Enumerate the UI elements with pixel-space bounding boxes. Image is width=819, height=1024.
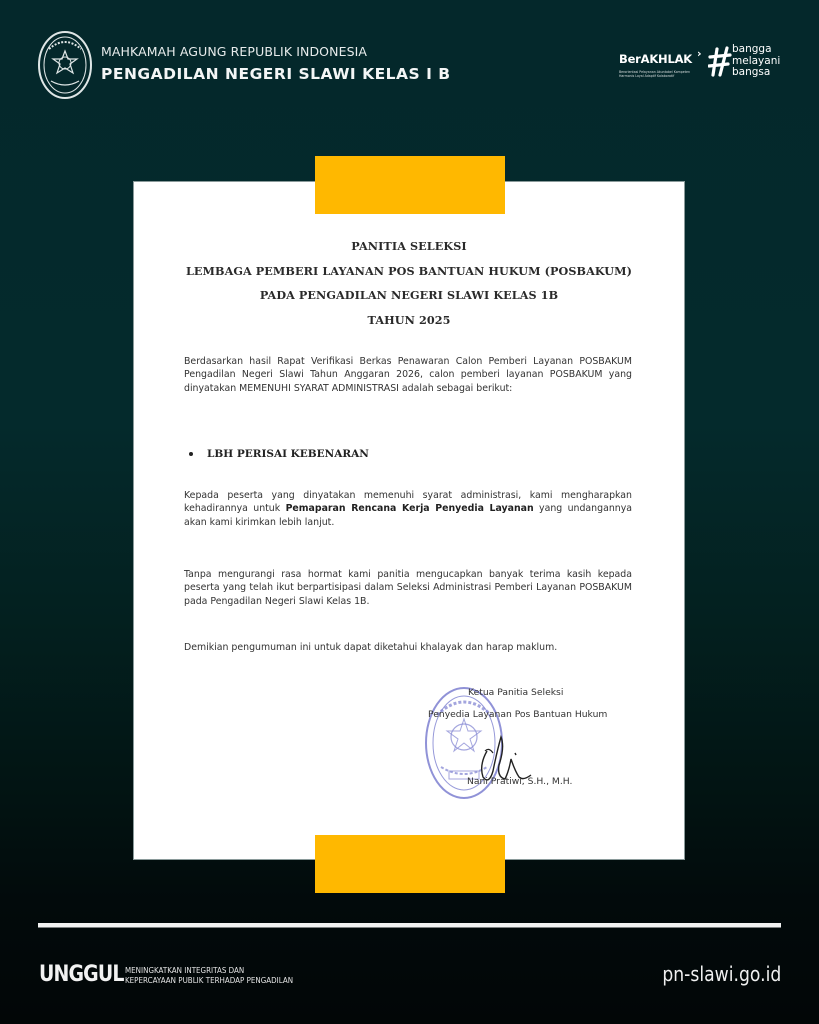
document-subtitle: PADA PENGADILAN NEGERI SLAWI KELAS 1B — [133, 283, 685, 308]
bangga-line: bangsa — [732, 67, 780, 79]
motto-line: KEPERCAYAAN PUBLIK TERHADAP PENGADILAN — [125, 975, 293, 985]
bangga-text: bangga melayani bangsa — [732, 44, 780, 79]
org-parent: MAHKAMAH AGUNG REPUBLIK INDONESIA — [101, 44, 451, 60]
chevron-icon: › — [697, 47, 702, 60]
invitation-emphasis: Pemaparan Rencana Kerja Penyedia Layanan — [286, 503, 534, 514]
accent-tab-bottom — [315, 835, 505, 893]
intro-paragraph: Berdasarkan hasil Rapat Verifikasi Berka… — [184, 355, 632, 395]
signature-block: Ketua Panitia Seleksi Penyedia Layanan P… — [423, 685, 663, 805]
passed-candidates-list: LBH PERISAI KEBENARAN — [189, 448, 369, 460]
motto-title: UNGGUL — [39, 962, 108, 988]
invitation-paragraph: Kepada peserta yang dinyatakan memenuhi … — [184, 489, 632, 529]
header: MAHKAMAH AGUNG REPUBLIK INDONESIA PENGAD… — [0, 0, 819, 120]
candidate-name: LBH PERISAI KEBENARAN — [207, 448, 369, 460]
bangga-line: bangga — [732, 44, 780, 56]
motto-line: MENINGKATKAN INTEGRITAS DAN — [125, 965, 293, 975]
header-titles: MAHKAMAH AGUNG REPUBLIK INDONESIA PENGAD… — [101, 44, 451, 85]
berakhlak-logo: BerAKHLAK › Berorientasi Pelayanan Akunt… — [619, 50, 707, 86]
signatory-role: Penyedia Layanan Pos Bantuan Hukum — [428, 709, 607, 720]
signatory-name: Nani Pratiwi, S.H., M.H. — [467, 776, 572, 787]
document-year: TAHUN 2025 — [133, 308, 685, 333]
closing-paragraph: Demikian pengumuman ini untuk dapat dike… — [184, 641, 632, 654]
footer-motto: UNGGUL MENINGKATKAN INTEGRITAS DAN KEPER… — [39, 962, 321, 988]
org-name: PENGADILAN NEGERI SLAWI KELAS I B — [101, 63, 451, 85]
document-title: PANITIA SELEKSI — [133, 234, 685, 259]
thanks-paragraph: Tanpa mengurangi rasa hormat kami paniti… — [184, 568, 632, 608]
berakhlak-tagline: Berorientasi Pelayanan Akuntabel Kompete… — [619, 70, 703, 78]
announcement-document: PANITIA SELEKSI LEMBAGA PEMBERI LAYANAN … — [133, 181, 685, 860]
list-item: LBH PERISAI KEBENARAN — [189, 448, 369, 460]
website-link[interactable]: pn-slawi.go.id — [662, 962, 781, 986]
berakhlak-title: BerAKHLAK — [619, 52, 692, 66]
bangga-melayani-logo: bangga melayani bangsa — [708, 44, 798, 84]
hashtag-icon — [708, 46, 732, 78]
court-seal-icon — [37, 29, 93, 101]
bullet-icon — [189, 452, 193, 456]
document-title-block: PANITIA SELEKSI LEMBAGA PEMBERI LAYANAN … — [133, 234, 685, 332]
footer-divider — [38, 923, 781, 928]
document-subtitle: LEMBAGA PEMBERI LAYANAN POS BANTUAN HUKU… — [133, 259, 685, 284]
motto-tagline: MENINGKATKAN INTEGRITAS DAN KEPERCAYAAN … — [125, 965, 293, 985]
signatory-role: Ketua Panitia Seleksi — [468, 687, 563, 698]
